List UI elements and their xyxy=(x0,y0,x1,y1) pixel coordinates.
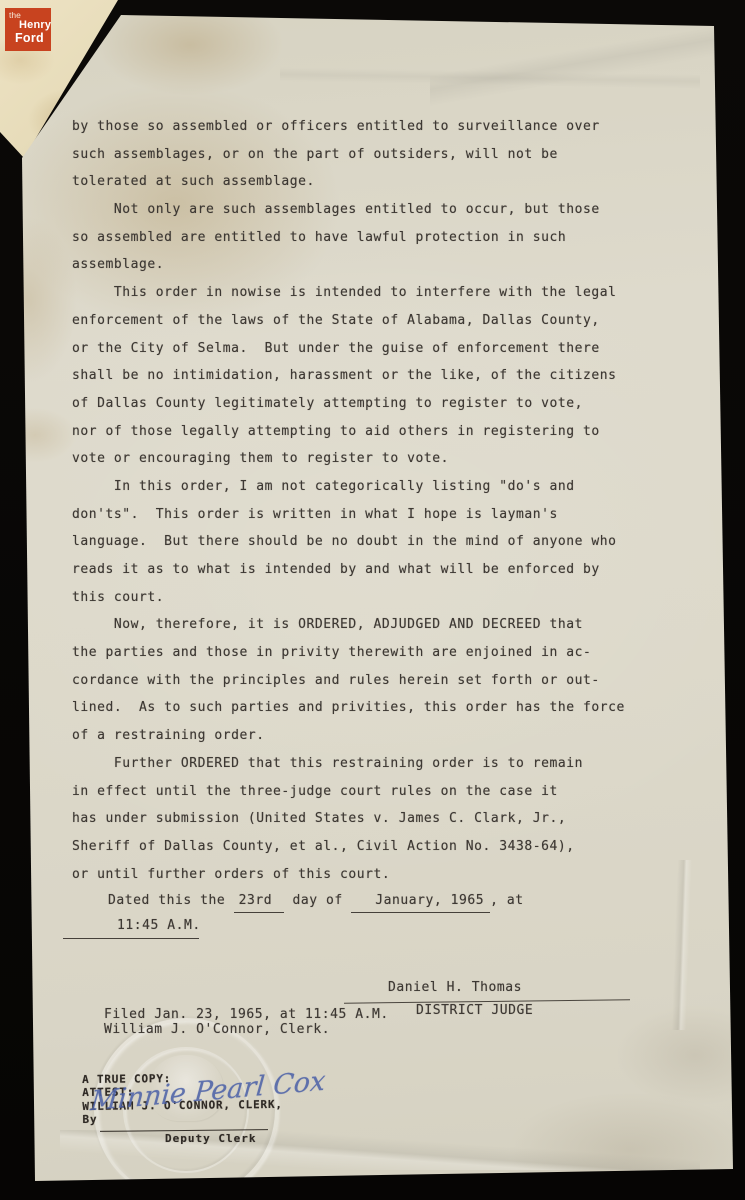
typed-text-line: This order in nowise is intended to inte… xyxy=(72,279,625,307)
typed-text-line: the parties and those in privity therewi… xyxy=(72,639,625,667)
typed-text-line: Not only are such assemblages entitled t… xyxy=(72,196,625,224)
clerk-line: William J. O'Connor, Clerk. xyxy=(104,1023,389,1038)
typed-text-line: by those so assembled or officers entitl… xyxy=(72,113,625,141)
typewritten-content: by those so assembled or officers entitl… xyxy=(0,0,745,1200)
typed-text-line: vote or encouraging them to register to … xyxy=(72,445,625,473)
typed-text-line: this court. xyxy=(72,584,625,612)
typed-text-line: has under submission (United States v. J… xyxy=(72,805,625,833)
typed-text-line: Now, therefore, it is ORDERED, ADJUDGED … xyxy=(72,611,625,639)
typed-text-line: In this order, I am not categorically li… xyxy=(72,473,625,501)
time-underline xyxy=(63,938,199,939)
typed-text-line: Sheriff of Dallas County, et al., Civil … xyxy=(72,833,625,861)
typed-text-line: in effect until the three-judge court ru… xyxy=(72,778,625,806)
typed-text-line: assemblage. xyxy=(72,251,625,279)
typed-text-line: reads it as to what is intended by and w… xyxy=(72,556,625,584)
typed-text-line: or until further orders of this court. xyxy=(72,861,625,889)
typed-text-line: of Dallas County legitimately attempting… xyxy=(72,390,625,418)
filed-block: Filed Jan. 23, 1965, at 11:45 A.M. Willi… xyxy=(104,1008,389,1037)
typed-text-line: of a restraining order. xyxy=(72,722,625,750)
dated-day-blank: 23rd xyxy=(234,891,285,913)
scanned-document-photo: the Henry Ford by those so assembled or … xyxy=(0,0,745,1200)
typed-text-line: Further ORDERED that this restraining or… xyxy=(72,750,625,778)
dated-time: 11:45 A.M. xyxy=(117,917,201,935)
judge-signature-name: Daniel H. Thomas xyxy=(388,980,522,995)
typed-text-line: language. But there should be no doubt i… xyxy=(72,528,625,556)
filed-line: Filed Jan. 23, 1965, at 11:45 A.M. xyxy=(104,1008,389,1023)
typed-text-line: don'ts". This order is written in what I… xyxy=(72,501,625,529)
dated-prefix: Dated this the xyxy=(108,893,234,908)
order-body-text: by those so assembled or officers entitl… xyxy=(72,113,625,888)
typed-text-line: lined. As to such parties and privities,… xyxy=(72,694,625,722)
typed-text-line: or the City of Selma. But under the guis… xyxy=(72,335,625,363)
typed-text-line: such assemblages, or on the part of outs… xyxy=(72,141,625,169)
dated-middle: day of xyxy=(284,893,351,908)
logo-text-henry: Henry xyxy=(19,20,51,31)
typed-text-line: so assembled are entitled to have lawful… xyxy=(72,224,625,252)
typed-text-line: enforcement of the laws of the State of … xyxy=(72,307,625,335)
logo-text-ford: Ford xyxy=(15,32,51,45)
henry-ford-logo: the Henry Ford xyxy=(5,8,51,51)
typed-text-line: nor of those legally attempting to aid o… xyxy=(72,418,625,446)
typed-text-line: cordance with the principles and rules h… xyxy=(72,667,625,695)
typed-text-line: tolerated at such assemblage. xyxy=(72,168,625,196)
dated-line: Dated this the 23rd day of January, 1965… xyxy=(108,891,524,913)
typed-text-line: shall be no intimidation, harassment or … xyxy=(72,362,625,390)
stamp-deputy-clerk: Deputy Clerk xyxy=(165,1132,256,1145)
dated-suffix: , at xyxy=(490,893,524,908)
dated-date-blank: January, 1965 xyxy=(351,891,490,913)
judge-title: DISTRICT JUDGE xyxy=(416,1003,533,1018)
